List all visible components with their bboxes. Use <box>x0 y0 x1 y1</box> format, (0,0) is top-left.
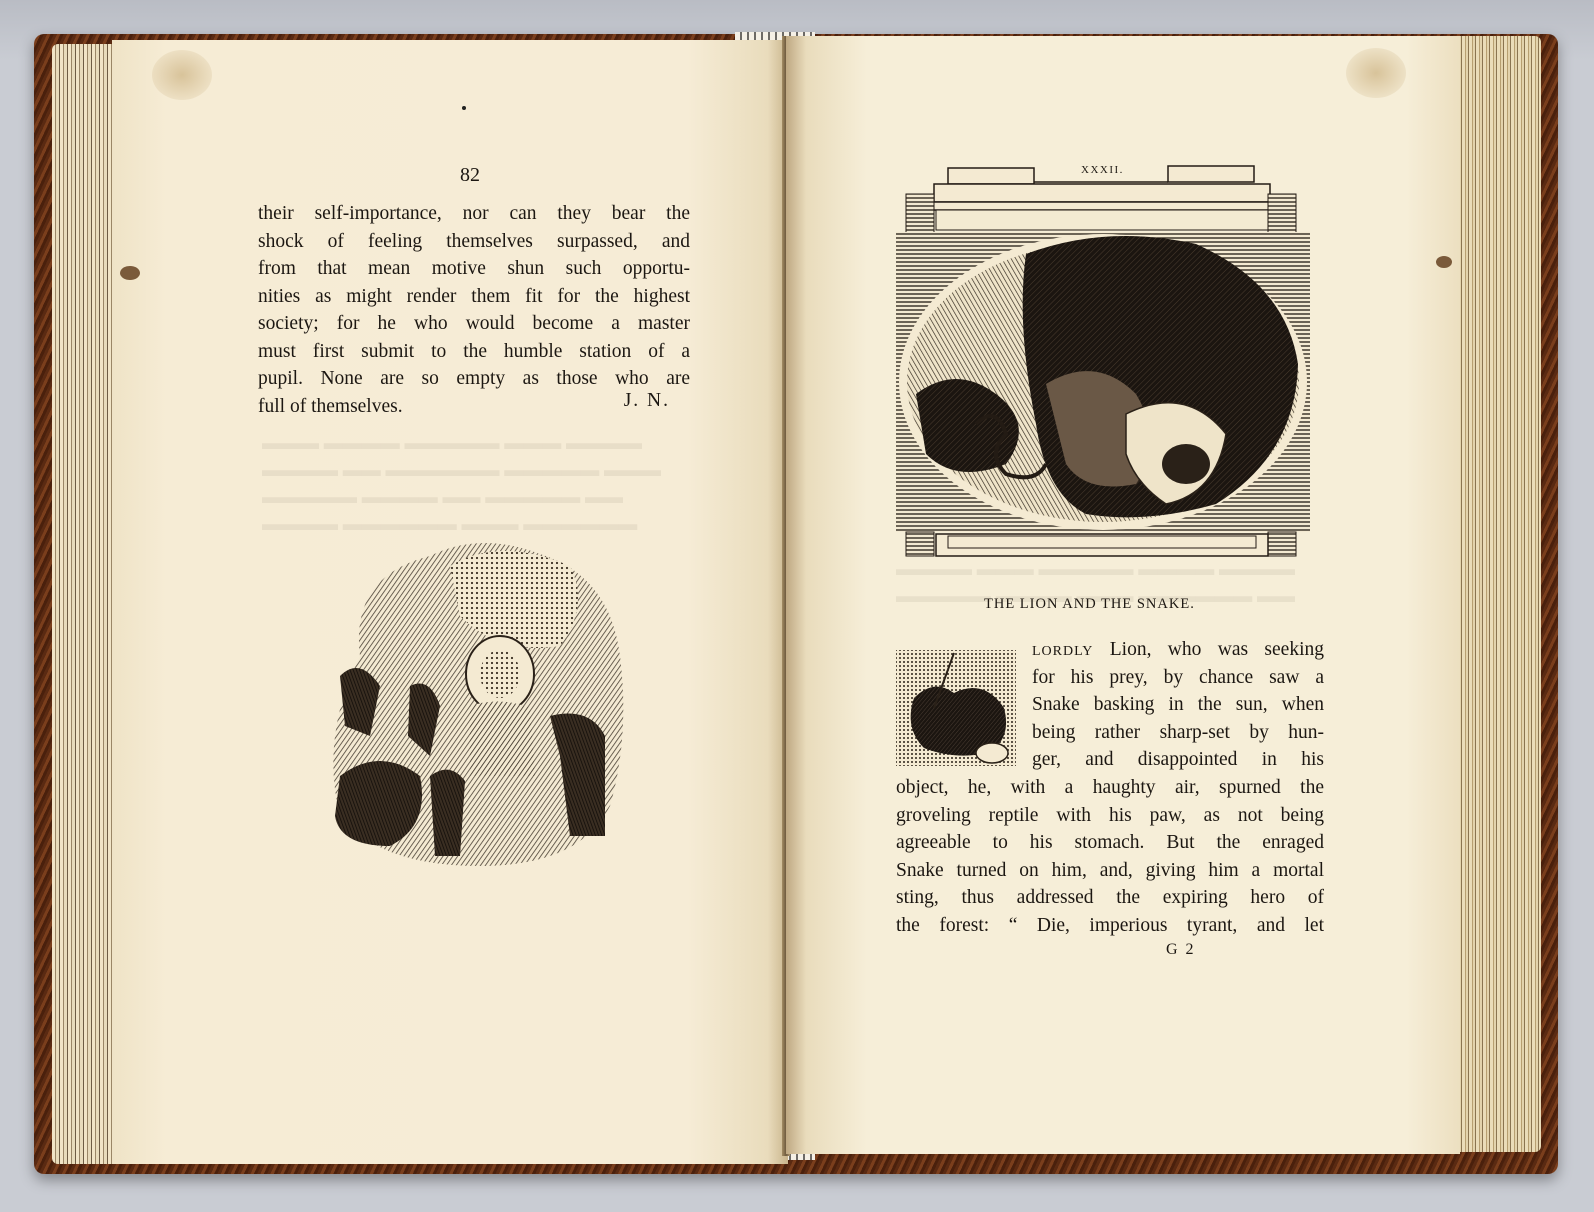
text-line: lordly Lion, who was seeking <box>1032 636 1324 664</box>
right-page: XXXII. <box>786 36 1460 1154</box>
text-line: from that mean motive shun such opportu- <box>258 255 690 283</box>
show-through-text: ▬▬▬ ▬▬▬▬ ▬▬▬▬▬ ▬▬▬ ▬▬▬▬▬▬▬▬ ▬▬ ▬▬▬▬▬▬ ▬▬… <box>262 430 692 538</box>
lion-and-snake-header-engraving <box>896 164 1316 560</box>
foxing-stain <box>1346 48 1406 98</box>
text-line: groveling reptile with his paw, as not b… <box>896 802 1324 830</box>
ink-dot <box>462 106 466 110</box>
left-page: 82 their self-importance, nor can they b… <box>112 40 788 1164</box>
lion-court-engraving <box>320 536 630 872</box>
text-line: sting, thus addressed the expiring hero … <box>896 884 1324 912</box>
text-line: for his prey, by chance saw a <box>1032 664 1324 692</box>
fable-body-text: object, he, with a haughty air, spurned … <box>896 774 1324 939</box>
text-line: society; for he who would become a maste… <box>258 310 690 338</box>
signature-mark: G 2 <box>1166 941 1196 959</box>
text-line: ger, and disappointed in his <box>1032 746 1324 774</box>
text-line: being rather sharp-set by hun- <box>1032 719 1324 747</box>
page-edges-right <box>1455 36 1541 1152</box>
opening-smallcaps: lordly <box>1032 639 1093 660</box>
text-line: Snake basking in the sun, when <box>1032 691 1324 719</box>
text-line: agreeable to his stomach. But the enrage… <box>896 829 1324 857</box>
text-line: object, he, with a haughty air, spurned … <box>896 774 1324 802</box>
fable-opening-text: lordly Lion, who was seeking for his pre… <box>1032 636 1324 774</box>
text-line: the forest: “ Die, imperious tyrant, and… <box>896 912 1324 940</box>
author-signature: J. N. <box>624 387 670 415</box>
show-through-text: ▬▬▬▬ ▬▬▬ ▬▬▬▬▬ ▬▬▬▬ ▬▬▬▬▬▬▬▬▬ ▬▬▬▬ ▬▬▬ ▬… <box>896 556 1326 610</box>
foxing-stain <box>152 50 212 100</box>
last-line-text: full of themselves. <box>258 396 403 417</box>
ink-spot <box>120 266 140 280</box>
ink-spot <box>1436 256 1452 268</box>
text-line: shock of feeling themselves surpassed, a… <box>258 228 690 256</box>
page-number: 82 <box>460 164 480 187</box>
text-line: their self-importance, nor can they bear… <box>258 200 690 228</box>
text-line-last: full of themselves. J. N. <box>258 393 690 421</box>
left-page-body-text: their self-importance, nor can they bear… <box>258 200 690 420</box>
text-line: Snake turned on him, and, giving him a m… <box>896 857 1324 885</box>
drop-initial-vignette <box>894 648 1018 768</box>
text-line: nities as might render them fit for the … <box>258 283 690 311</box>
text-line: must first submit to the humble station … <box>258 338 690 366</box>
